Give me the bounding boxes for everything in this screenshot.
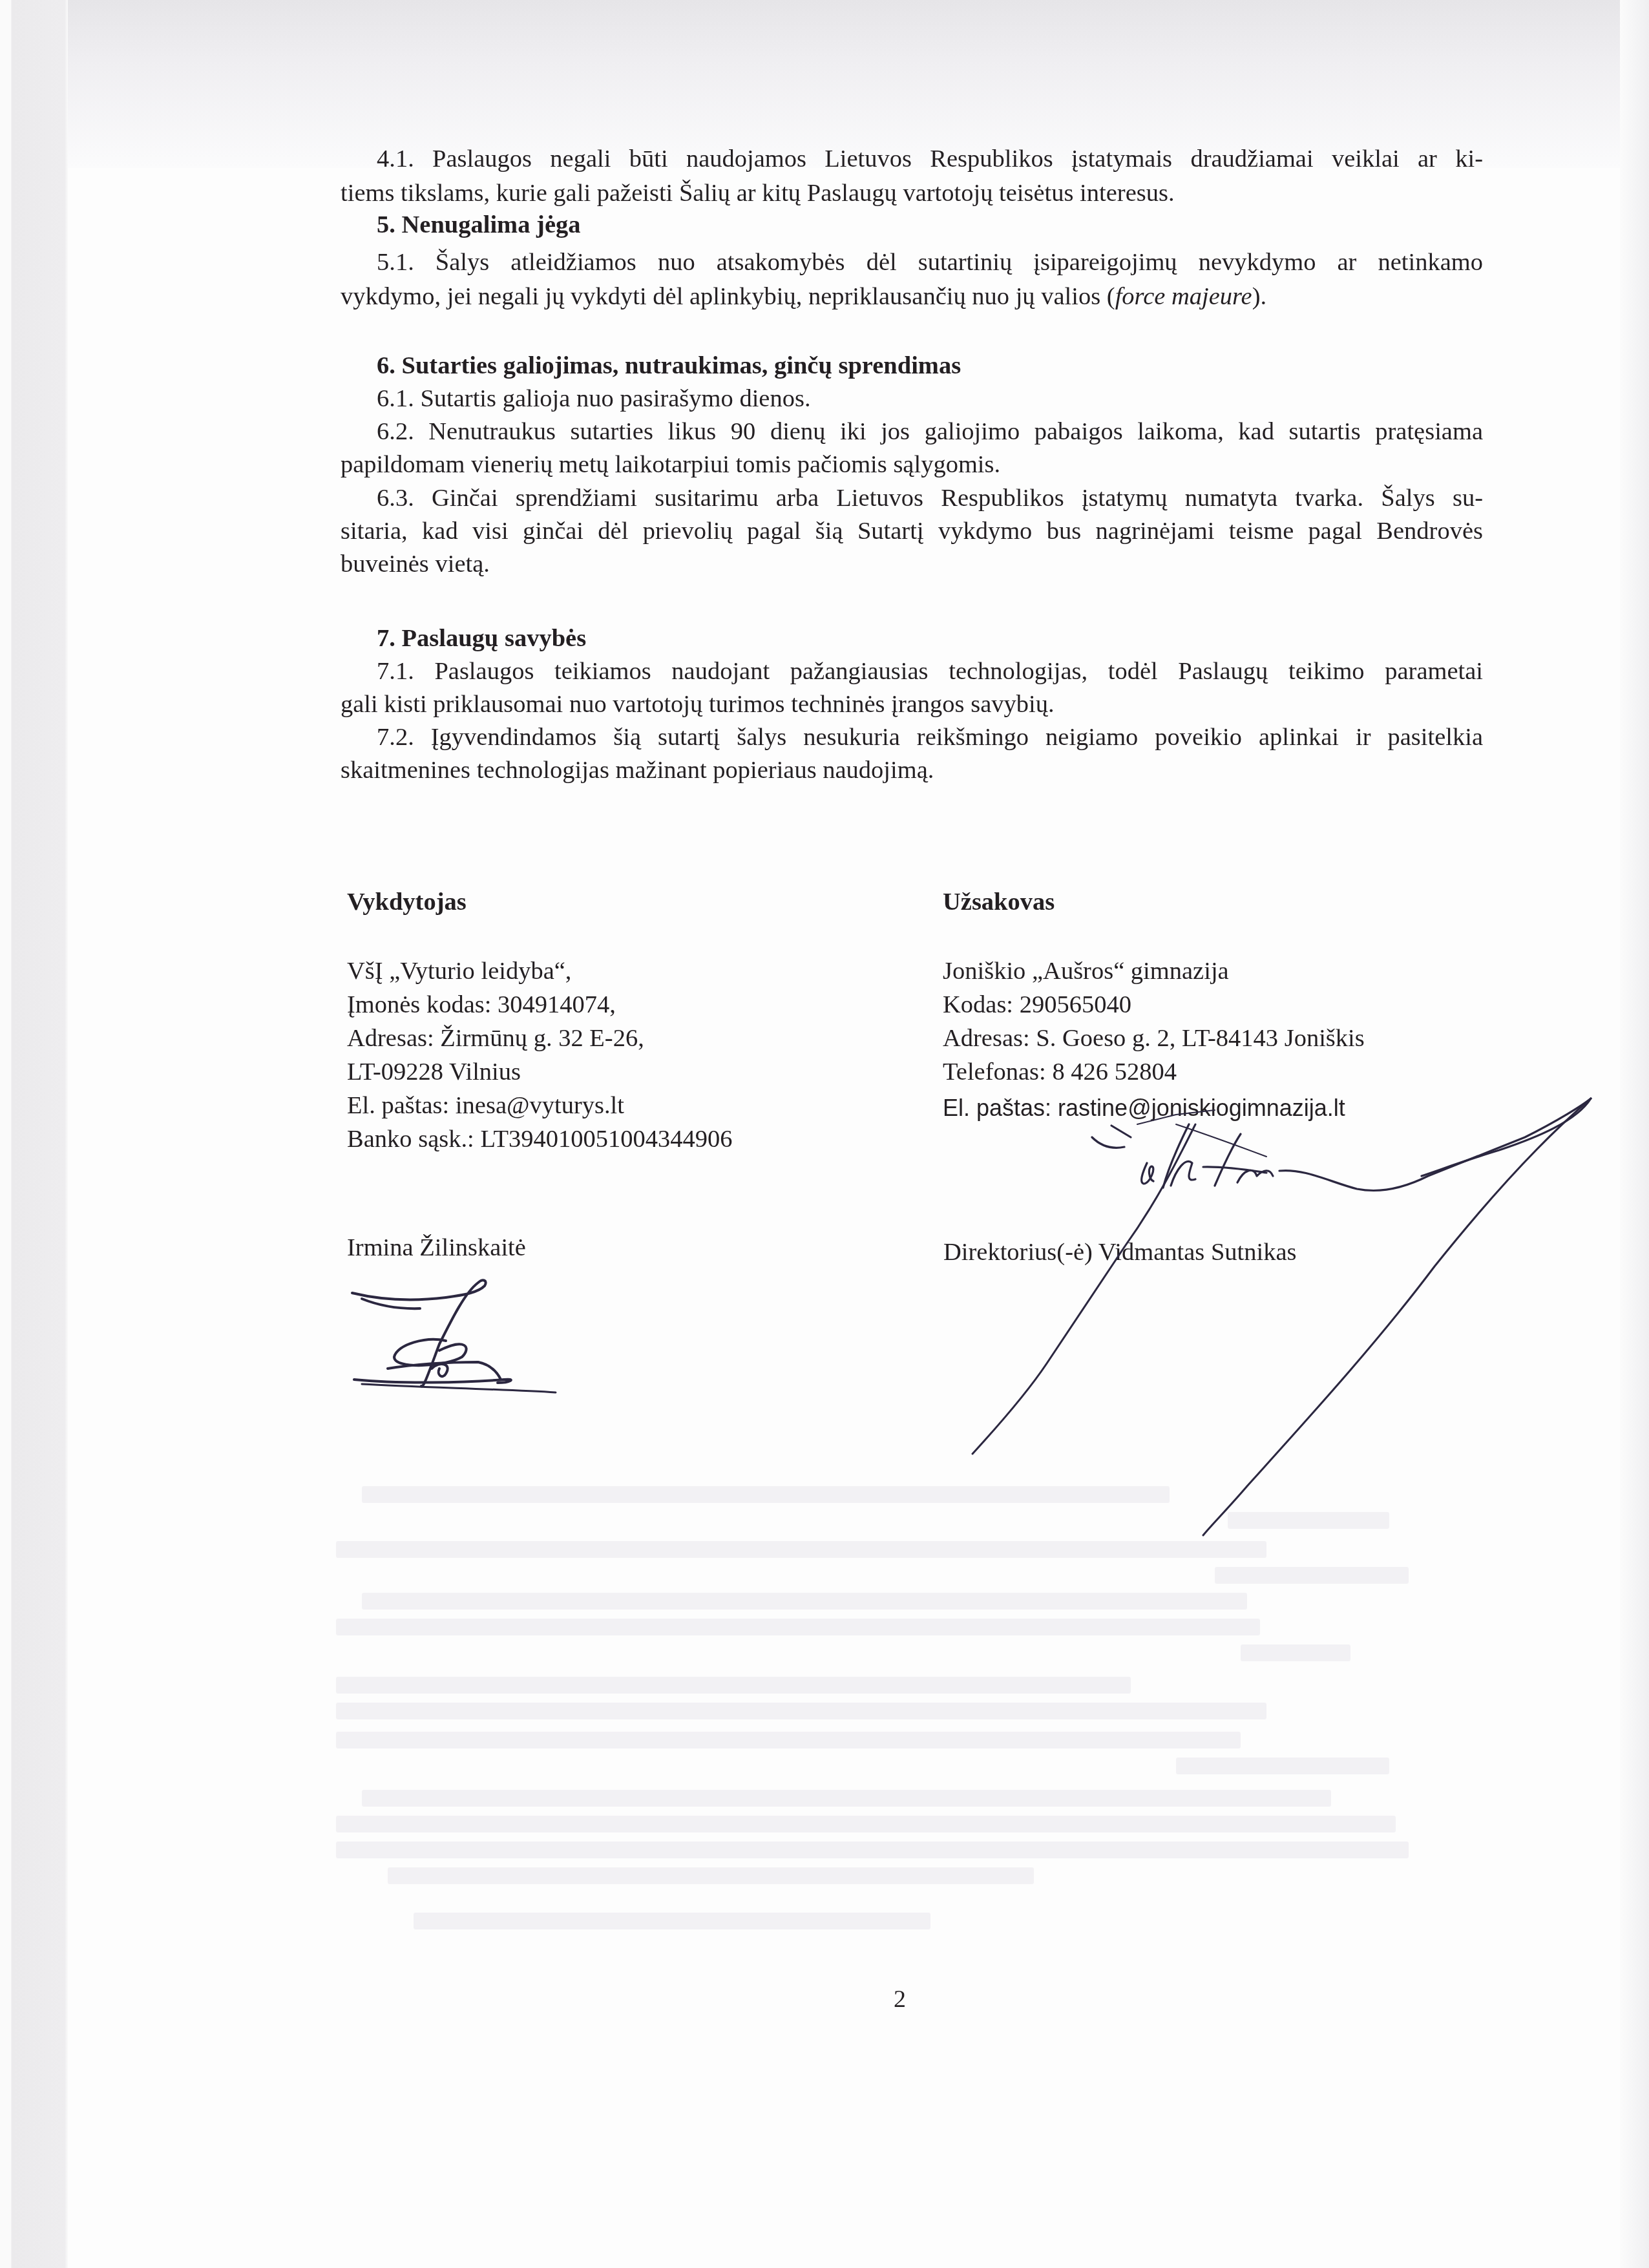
section-6-heading: 6. Sutarties galiojimas, nutraukimas, gi… <box>377 349 1483 383</box>
clause-6-2-line-1: 6.2. Nenutraukus sutarties likus 90 dien… <box>377 415 1483 448</box>
contractor-signer-name: Irmina Žilinskaitė <box>347 1231 526 1265</box>
client-address: Adresas: S. Goeso g. 2, LT-84143 Joniški… <box>943 1022 1365 1055</box>
clause-7-2-line-1: 7.2. Įgyvendindamos šią sutartį šalys ne… <box>377 720 1483 754</box>
clause-6-3-line-2: sitaria, kad visi ginčai dėl prievolių p… <box>341 514 1483 548</box>
clause-6-3-line-1: 6.3. Ginčai sprendžiami susitarimu arba … <box>377 481 1483 515</box>
client-phone: Telefonas: 8 426 52804 <box>943 1055 1365 1089</box>
client-name: Joniškio „Aušros“ gimnazija <box>943 954 1365 988</box>
party-contractor: Vykdytojas VšĮ „Vyturio leidyba“, Įmonės… <box>347 885 732 1156</box>
clause-6-2-line-2: papildomam vienerių metų laikotarpiui to… <box>341 448 1483 481</box>
handwritten-signatures <box>0 0 1649 2268</box>
clause-7-2-line-2: skaitmenines technologijas mažinant popi… <box>341 753 1483 787</box>
clause-6-3-line-3: buveinės vietą. <box>341 547 1483 581</box>
document-page: 4.1. Paslaugos negali būti naudojamos Li… <box>0 0 1649 2268</box>
contractor-name: VšĮ „Vyturio leidyba“, <box>347 954 732 988</box>
client-code: Kodas: 290565040 <box>943 988 1365 1022</box>
clause-5-1-line-2: vykdymo, jei negali jų vykdyti dėl aplin… <box>341 280 1483 313</box>
clause-4-1-line-2: tiems tikslams, kurie gali pažeisti Šali… <box>341 176 1483 210</box>
clause-7-1-line-2: gali kisti priklausomai nuo vartotojų tu… <box>341 688 1483 721</box>
client-signature-icon <box>972 1098 1591 1535</box>
clause-5-1-line-1: 5.1. Šalys atleidžiamos nuo atsakomybės … <box>377 246 1483 279</box>
section-5-heading: 5. Nenugalima jėga <box>377 208 1483 242</box>
contractor-code: Įmonės kodas: 304914074, <box>347 988 732 1022</box>
force-majeure-term: force majeure <box>1115 283 1252 310</box>
party-client: Užsakovas Joniškio „Aušros“ gimnazija Ko… <box>943 885 1365 1125</box>
clause-6-1: 6.1. Sutartis galioja nuo pasirašymo die… <box>377 382 1483 415</box>
contractor-title: Vykdytojas <box>347 885 732 919</box>
contractor-signature-icon <box>352 1280 556 1392</box>
client-signer-name: Direktorius(-ė) Vidmantas Sutnikas <box>943 1235 1297 1269</box>
client-email: El. paštas: rastine@joniskiogimnazija.lt <box>943 1091 1365 1125</box>
clause-4-1-line-1: 4.1. Paslaugos negali būti naudojamos Li… <box>377 142 1483 176</box>
page-number: 2 <box>894 1985 906 2013</box>
contractor-email: El. paštas: inesa@vyturys.lt <box>347 1089 732 1122</box>
contractor-address: Adresas: Žirmūnų g. 32 E-26, <box>347 1022 732 1055</box>
contractor-city: LT-09228 Vilnius <box>347 1055 732 1089</box>
contractor-bank-account: Banko sąsk.: LT394010051004344906 <box>347 1122 732 1156</box>
client-title: Užsakovas <box>943 885 1365 919</box>
section-7-heading: 7. Paslaugų savybės <box>377 622 1483 655</box>
clause-7-1-line-1: 7.1. Paslaugos teikiamos naudojant pažan… <box>377 655 1483 688</box>
